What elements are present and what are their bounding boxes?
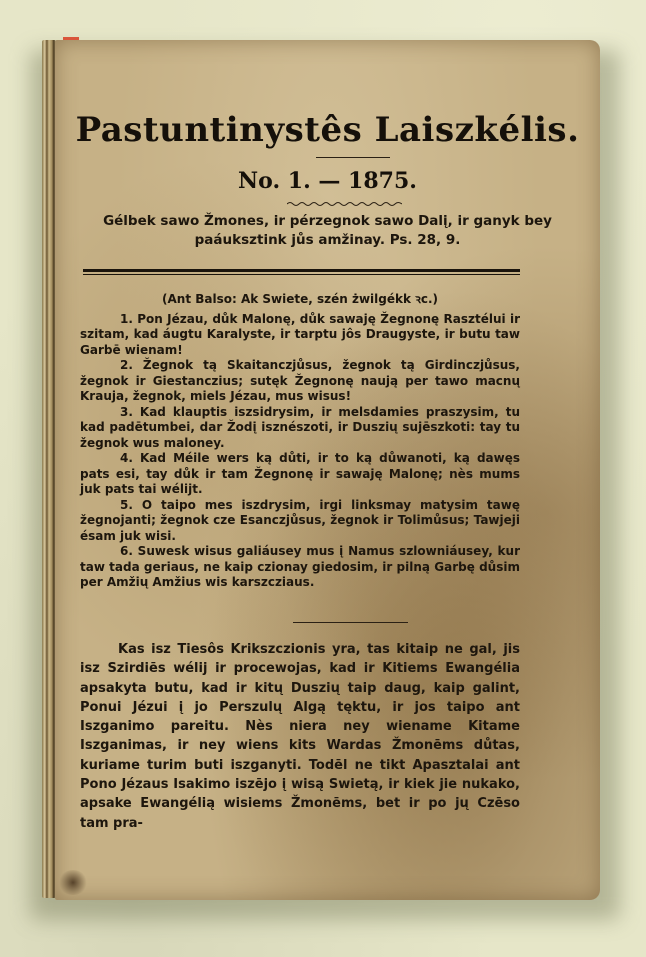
hymn-verse-4: 4. Kad Méile wers ką důti, ir to ką důwa…	[80, 451, 520, 498]
motto-verse: Gélbek sawo Žmones, ir pérzegnok sawo Da…	[75, 212, 580, 250]
corner-stain	[58, 870, 88, 895]
section-rule	[293, 622, 408, 623]
hymn-verse-3: 3. Kad klauptis iszsidrysim, ir melsdami…	[80, 405, 520, 452]
title-rule	[316, 157, 390, 158]
masthead-title: Pastuntinystês Laiszkélis.	[55, 110, 600, 150]
prose-paragraph: Kas isz Tiesôs Krikszczionis yra, tas ki…	[80, 640, 520, 833]
hymn-verse-2: 2. Žegnok tą Skaitanczjůsus, žegnok tą G…	[80, 358, 520, 405]
double-rule	[83, 269, 520, 275]
pamphlet-page: Pastuntinystês Laiszkélis. No. 1. — 1875…	[55, 40, 600, 900]
issue-number: No. 1. — 1875.	[55, 168, 600, 194]
hymn-tune: (Ant Balso: Ak Swiete, szén żwilgékk ꝛc.…	[80, 292, 520, 308]
pamphlet-spine	[42, 40, 56, 898]
hymn-verse-5: 5. O taipo mes iszdrysim, irgi linksmay …	[80, 498, 520, 545]
red-mark	[63, 37, 79, 40]
hymn-verse-6: 6. Suwesk wisus galiáusey mus į Namus sz…	[80, 544, 520, 591]
hymn: (Ant Balso: Ak Swiete, szén żwilgékk ꝛc.…	[80, 292, 520, 591]
hymn-verse-1: 1. Pon Jézau, důk Malonę, důk sawaję Žeg…	[80, 312, 520, 359]
wavy-ornament	[287, 201, 402, 207]
